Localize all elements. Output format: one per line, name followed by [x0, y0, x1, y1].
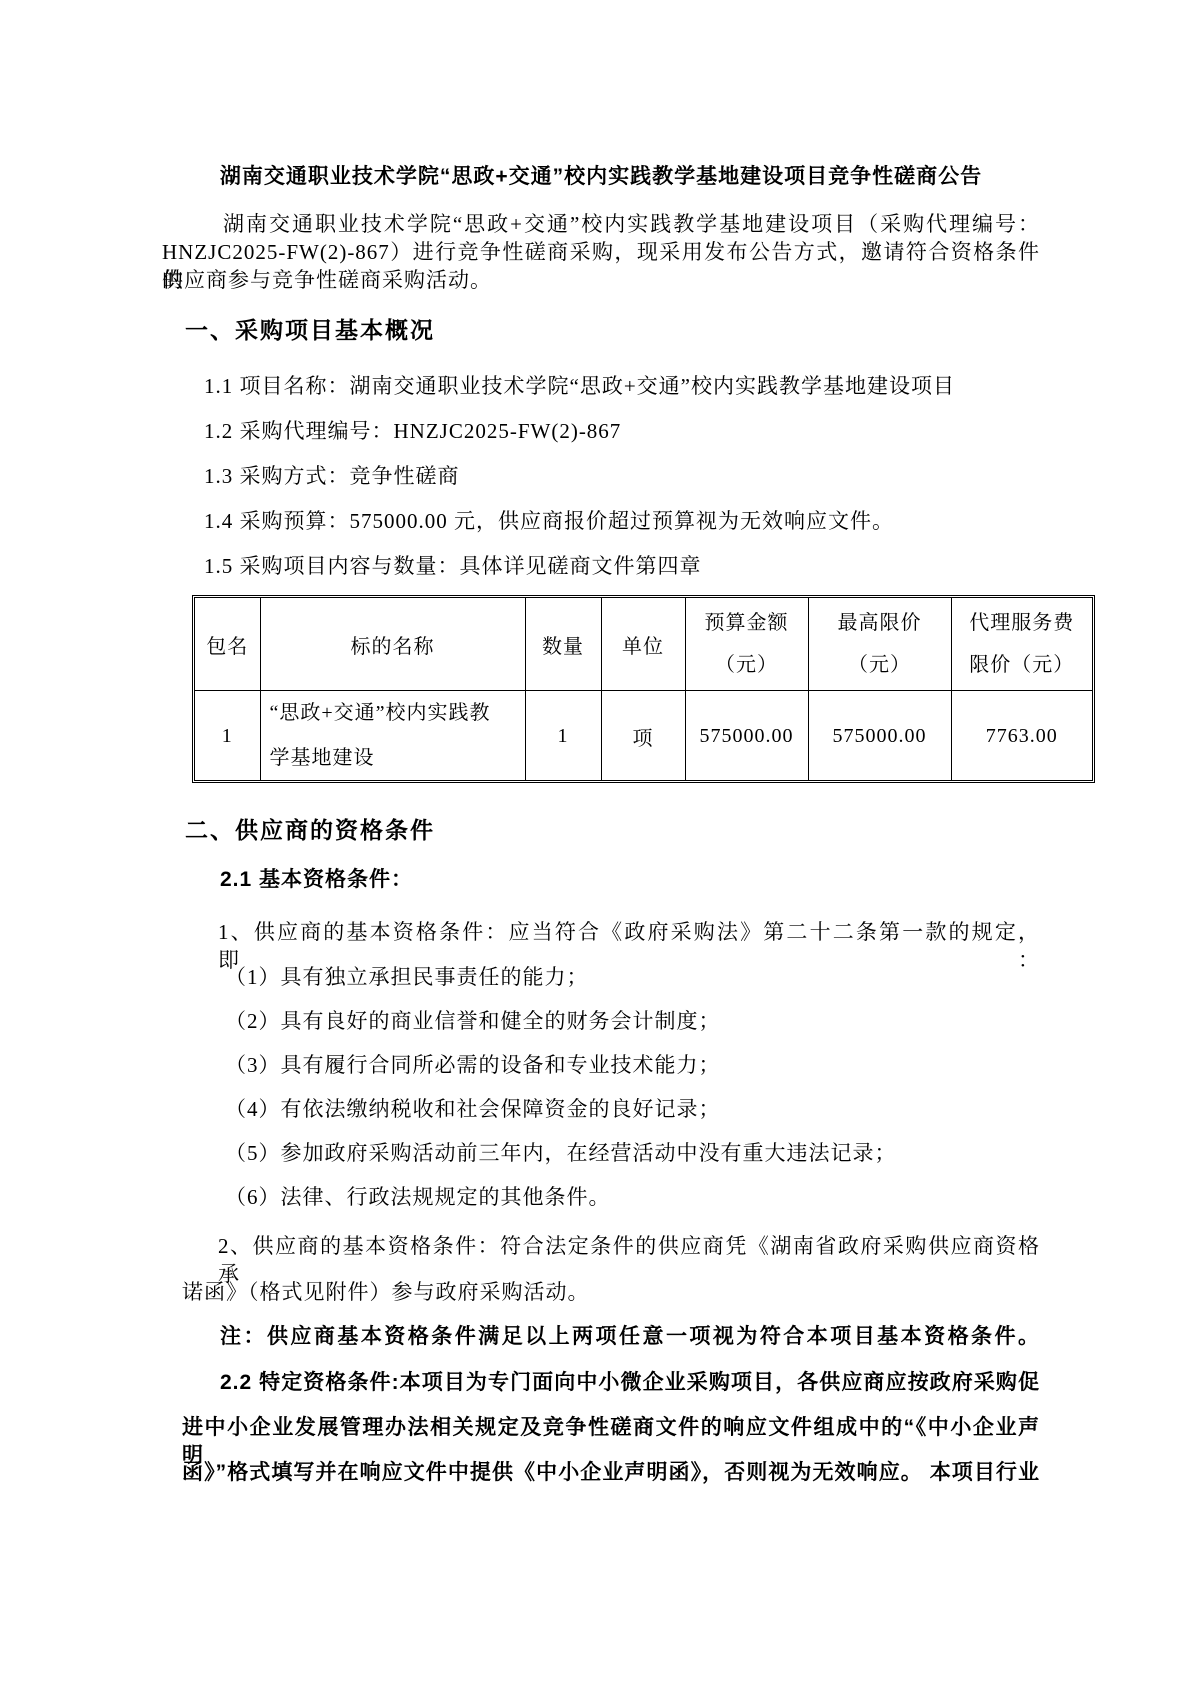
cell-quantity: 1	[525, 691, 601, 782]
header-quantity: 数量	[525, 598, 601, 691]
cell-agency-fee-limit: 7763.00	[951, 691, 1092, 782]
cell-subject-name: “思政+交通”校内实践教 学基地建设	[260, 691, 525, 782]
header-budget-amount: 预算金额 （元）	[685, 598, 808, 691]
note-line: 注：供应商基本资格条件满足以上两项任意一项视为符合本项目基本资格条件。	[220, 1323, 1040, 1351]
sub-2-2-line-3: 函》”格式填写并在响应文件中提供《中小企业声明函》，否则视为无效响应。 本项目行…	[182, 1459, 1040, 1487]
table-header-row: 包名 标的名称 数量 单位 预算金额 （元） 最高限价 （元） 代理服务费 限价…	[195, 598, 1092, 691]
header-max-limit-price: 最高限价 （元）	[808, 598, 951, 691]
table-row: 1 “思政+交通”校内实践教 学基地建设 1 项 575000.00 57500…	[195, 691, 1092, 782]
qualification-condition-6: （6）法律、行政法规规定的其他条件。	[225, 1183, 611, 1211]
procurement-package-table: 包名 标的名称 数量 单位 预算金额 （元） 最高限价 （元） 代理服务费 限价…	[192, 595, 1095, 783]
qualification-condition-2: （2）具有良好的商业信誉和健全的财务会计制度；	[225, 1007, 721, 1035]
item-1-1-project-name: 1.1 项目名称：湖南交通职业技术学院“思政+交通”校内实践教学基地建设项目	[204, 372, 955, 400]
header-agency-fee-limit: 代理服务费 限价（元）	[951, 598, 1092, 691]
intro-line-3: 供应商参与竞争性磋商采购活动。	[162, 266, 492, 294]
item-1-5-content-quantity: 1.5 采购项目内容与数量：具体详见磋商文件第四章	[204, 552, 702, 580]
section-2-heading: 二、供应商的资格条件	[185, 816, 435, 844]
header-subject-name: 标的名称	[260, 598, 525, 691]
header-unit: 单位	[601, 598, 685, 691]
cell-package-no: 1	[195, 691, 260, 782]
qualification-condition-1: （1）具有独立承担民事责任的能力；	[225, 963, 589, 991]
sub-2-2-line-1: 2.2 特定资格条件:本项目为专门面向中小微企业采购项目，各供应商应按政府采购促	[220, 1369, 1040, 1397]
qualification-condition-4: （4）有依法缴纳税收和社会保障资金的良好记录；	[225, 1095, 721, 1123]
sub-2-1-heading: 2.1 基本资格条件：	[220, 866, 413, 894]
cell-unit: 项	[601, 691, 685, 782]
cell-budget-amount: 575000.00	[685, 691, 808, 782]
document-page: 湖南交通职业技术学院“思政+交通”校内实践教学基地建设项目竞争性磋商公告 湖南交…	[0, 0, 1191, 1684]
document-title: 湖南交通职业技术学院“思政+交通”校内实践教学基地建设项目竞争性磋商公告	[162, 163, 1040, 191]
item-1-4-budget: 1.4 采购预算：575000.00 元，供应商报价超过预算视为无效响应文件。	[204, 507, 894, 535]
cell-max-limit-price: 575000.00	[808, 691, 951, 782]
item-1-2-agency-number: 1.2 采购代理编号：HNZJC2025-FW(2)-867	[204, 417, 621, 445]
item-1-3-procurement-method: 1.3 采购方式：竞争性磋商	[204, 462, 460, 490]
basic-qualification-p2-line-2: 诺函》（格式见附件）参与政府采购活动。	[182, 1278, 590, 1306]
qualification-condition-5: （5）参加政府采购活动前三年内，在经营活动中没有重大违法记录；	[225, 1139, 897, 1167]
intro-line-1: 湖南交通职业技术学院“思政+交通”校内实践教学基地建设项目（采购代理编号：	[223, 210, 1040, 238]
header-package-name: 包名	[195, 598, 260, 691]
section-1-heading: 一、采购项目基本概况	[185, 316, 435, 344]
qualification-condition-3: （3）具有履行合同所必需的设备和专业技术能力；	[225, 1051, 721, 1079]
